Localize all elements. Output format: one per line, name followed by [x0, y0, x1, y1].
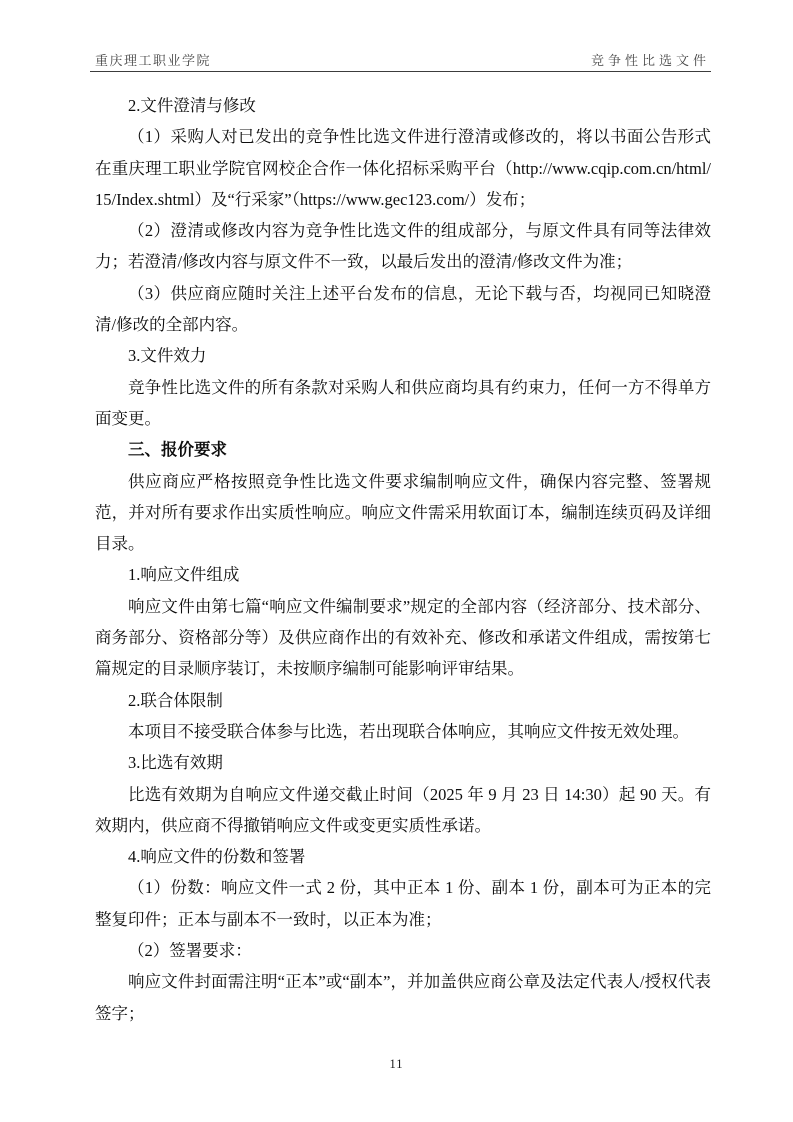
section-heading-response-composition: 1.响应文件组成 [95, 559, 711, 590]
doc-paragraph: 响应文件由第七篇“响应文件编制要求”规定的全部内容（经济部分、技术部分、商务部分… [95, 591, 711, 685]
doc-paragraph: 竞争性比选文件的所有条款对采购人和供应商均具有约束力，任何一方不得单方面变更。 [95, 372, 711, 435]
document-page: 重庆理工职业学院 竞争性比选文件 2.文件澄清与修改 （1）采购人对已发出的竞争… [0, 0, 793, 1122]
header-doc-type: 竞争性比选文件 [591, 50, 710, 69]
section-heading-validity-period: 3.比选有效期 [95, 747, 711, 778]
header-divider [90, 71, 711, 72]
page-footer: 11 [0, 1057, 793, 1072]
section-heading-quotation-requirements: 三、报价要求 [95, 434, 711, 465]
doc-paragraph: （1）份数：响应文件一式 2 份，其中正本 1 份、副本 1 份，副本可为正本的… [95, 872, 711, 935]
header-org-name: 重庆理工职业学院 [95, 50, 211, 69]
doc-paragraph: （2）澄清或修改内容为竞争性比选文件的组成部分，与原文件具有同等法律效力；若澄清… [95, 215, 711, 278]
document-body: 2.文件澄清与修改 （1）采购人对已发出的竞争性比选文件进行澄清或修改的，将以书… [95, 90, 711, 1029]
section-heading-file-clarification: 2.文件澄清与修改 [95, 90, 711, 121]
doc-paragraph: （3）供应商应随时关注上述平台发布的信息，无论下载与否，均视同已知晓澄清/修改的… [95, 278, 711, 341]
doc-paragraph: 比选有效期为自响应文件递交截止时间（2025 年 9 月 23 日 14:30）… [95, 779, 711, 842]
section-heading-consortium-limit: 2.联合体限制 [95, 685, 711, 716]
doc-paragraph: 响应文件封面需注明“正本”或“副本”，并加盖供应商公章及法定代表人/授权代表签字… [95, 966, 711, 1029]
page-header: 重庆理工职业学院 竞争性比选文件 [95, 50, 710, 69]
doc-paragraph: 本项目不接受联合体参与比选，若出现联合体响应，其响应文件按无效处理。 [95, 716, 711, 747]
section-heading-copies-signature: 4.响应文件的份数和签署 [95, 841, 711, 872]
doc-paragraph: （2）签署要求： [95, 935, 711, 966]
doc-paragraph: （1）采购人对已发出的竞争性比选文件进行澄清或修改的，将以书面公告形式在重庆理工… [95, 121, 711, 215]
doc-paragraph: 供应商应严格按照竞争性比选文件要求编制响应文件，确保内容完整、签署规范，并对所有… [95, 466, 711, 560]
section-heading-file-validity: 3.文件效力 [95, 340, 711, 371]
page-number: 11 [389, 1057, 403, 1071]
